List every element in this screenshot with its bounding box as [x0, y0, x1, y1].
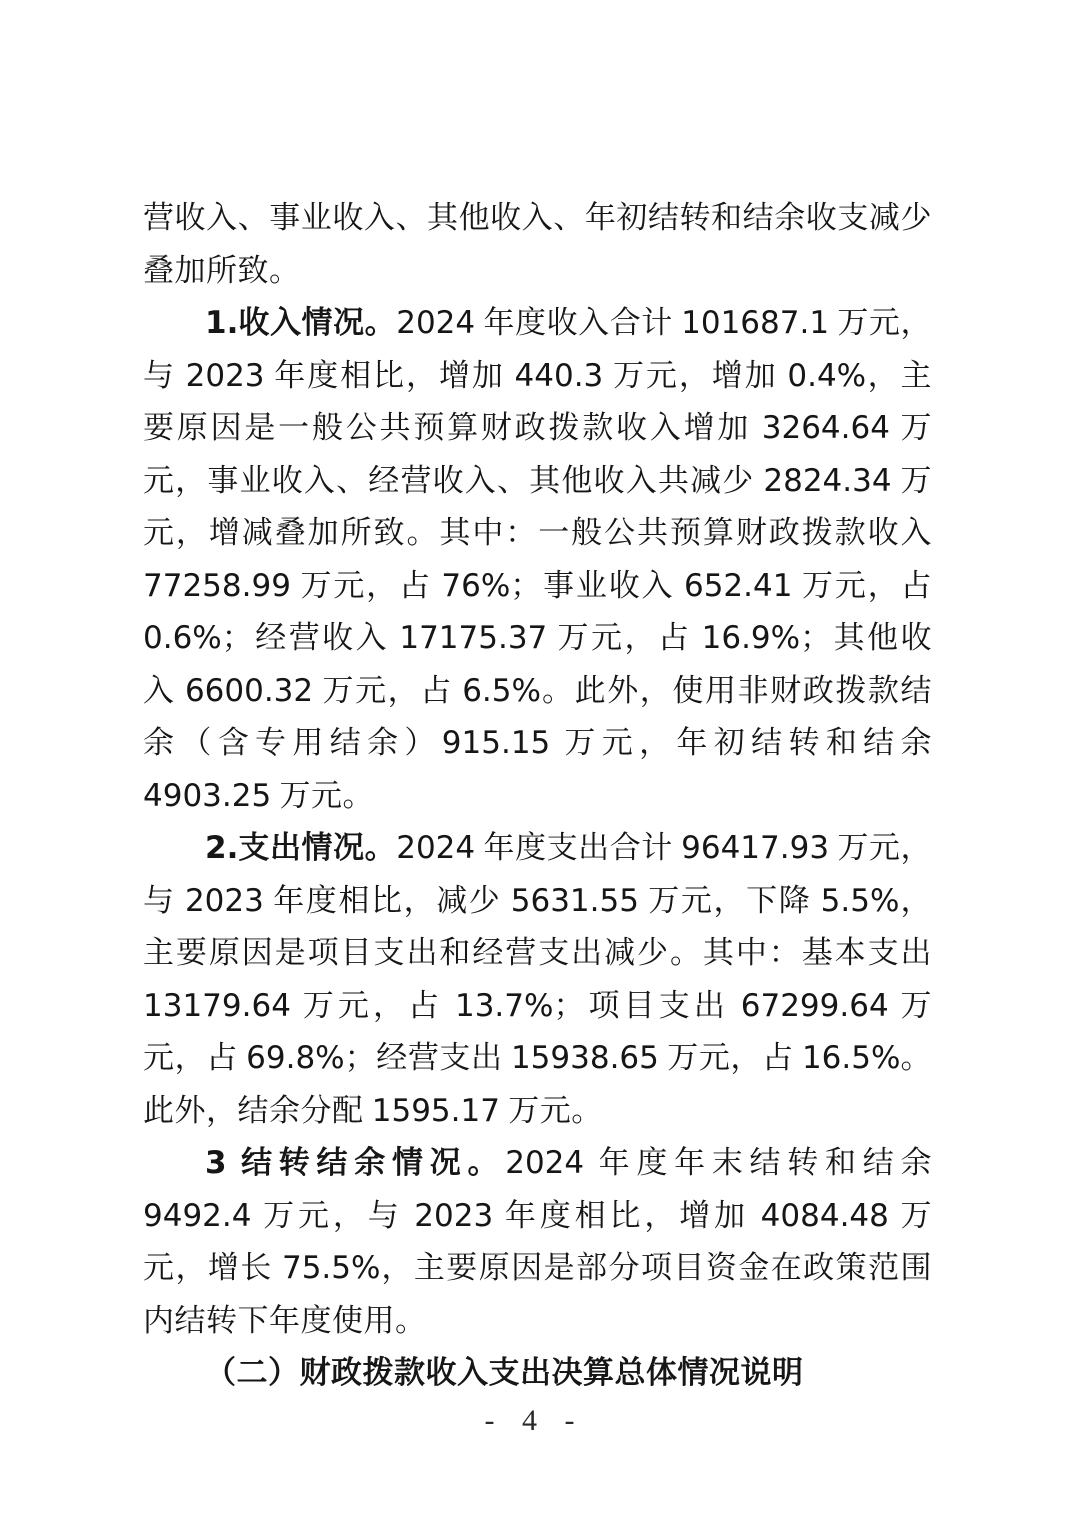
number-text: 652.41 [684, 568, 792, 604]
number-text: 6.5% [462, 673, 541, 709]
number-text: 915.15 [442, 725, 550, 761]
paragraph-segment: ；经营支出 [345, 1040, 511, 1075]
number-text: 4084.48 [761, 1198, 889, 1234]
paragraph-segment: 万元，占 [547, 620, 701, 655]
paragraph-segment: ；事业收入 [510, 568, 684, 603]
number-text: 17175.37 [399, 620, 547, 656]
number-text: 16.9% [702, 620, 800, 656]
number-text: 0.6% [143, 620, 222, 656]
number-text: 0.4% [787, 358, 866, 394]
paragraph: 2.支出情况。2024 年度支出合计 96417.93 万元，与 2023 年度… [143, 822, 932, 1137]
number-text: 2023 [186, 358, 265, 394]
paragraph-segment: 年度收入合计 [475, 305, 681, 340]
number-text: 1. [205, 305, 238, 341]
paragraph-segment: 万元，占 [291, 988, 455, 1023]
number-text: 6600.32 [185, 673, 313, 709]
paragraph-segment: 万元。 [271, 778, 374, 813]
number-text: 15938.65 [511, 1040, 659, 1076]
paragraph-segment: ；项目支出 [553, 988, 740, 1023]
paragraph-segment: 结转结余情况。 [227, 1145, 506, 1180]
paragraph: 1.收入情况。2024 年度收入合计 101687.1 万元，与 2023 年度… [143, 297, 932, 822]
paragraph-segment: 年度支出合计 [475, 830, 681, 865]
number-text: 2024 [396, 305, 475, 341]
number-text: 2824.34 [763, 463, 891, 499]
paragraph-segment: 年度相比，减少 [264, 883, 511, 918]
number-text: 5631.55 [511, 883, 639, 919]
number-text: 3 [205, 1145, 227, 1181]
document-body: 营收入、事业收入、其他收入、年初结转和结余收支减少叠加所致。1.收入情况。202… [143, 192, 932, 1400]
paragraph-segment: 万元，年初结转和结余 [550, 725, 932, 760]
paragraph-segment: 支出情况。 [238, 830, 396, 865]
paragraph: 3 结转结余情况。2024 年度年末结转和结余 9492.4 万元，与 2023… [143, 1137, 932, 1347]
number-text: 76% [441, 568, 510, 604]
number-text: 69.8% [246, 1040, 344, 1076]
number-text: 2023 [414, 1198, 493, 1234]
paragraph: 营收入、事业收入、其他收入、年初结转和结余收支减少叠加所致。 [143, 192, 932, 297]
number-text: 77258.99 [143, 568, 291, 604]
number-text: 67299.64 [741, 988, 889, 1024]
paragraph-segment: 万元，与 [251, 1198, 414, 1233]
number-text: 440.3 [515, 358, 604, 394]
paragraph-segment: 收入情况。 [238, 305, 396, 340]
number-text: 1595.17 [372, 1093, 500, 1129]
number-text: 13179.64 [143, 988, 291, 1024]
number-text: 101687.1 [681, 305, 829, 341]
number-text: 2. [205, 830, 238, 866]
paragraph: （二）财政拨款收入支出决算总体情况说明 [143, 1347, 932, 1400]
paragraph-segment: 万元。 [500, 1093, 603, 1128]
number-text: 4903.25 [143, 778, 271, 814]
paragraph-segment: 营收入、事业收入、其他收入、年初结转和结余收支减少叠加所致。 [143, 200, 932, 288]
paragraph-segment: 万元，增加 [603, 358, 787, 393]
number-text: 9492.4 [143, 1198, 251, 1234]
document-page: 营收入、事业收入、其他收入、年初结转和结余收支减少叠加所致。1.收入情况。202… [0, 0, 1069, 1515]
number-text: 3264.64 [762, 410, 890, 446]
paragraph-segment: 年度相比，增加 [265, 358, 515, 393]
number-text: 2024 [505, 1145, 584, 1181]
paragraph-segment: ；经营收入 [222, 620, 400, 655]
number-text: 75.5% [282, 1250, 380, 1286]
paragraph-segment: 万元，占 [313, 673, 462, 708]
number-text: 96417.93 [681, 830, 829, 866]
paragraph-segment: 万元，占 [291, 568, 441, 603]
number-text: 5.5% [821, 883, 900, 919]
paragraph-segment: 万元，下降 [639, 883, 821, 918]
number-text: 2024 [396, 830, 475, 866]
number-text: 16.5% [802, 1040, 900, 1076]
paragraph-segment: 年度相比，增加 [493, 1198, 760, 1233]
paragraph-segment: 万元，占 [792, 568, 932, 603]
number-text: 2023 [185, 883, 264, 919]
paragraph-segment: 万元，占 [659, 1040, 802, 1075]
paragraph-segment: （二）财政拨款收入支出决算总体情况说明 [205, 1355, 804, 1390]
page-number: - 4 - [0, 1404, 1069, 1438]
paragraph-segment: 年度年末结转和结余 [584, 1145, 932, 1180]
number-text: 13.7% [455, 988, 553, 1024]
